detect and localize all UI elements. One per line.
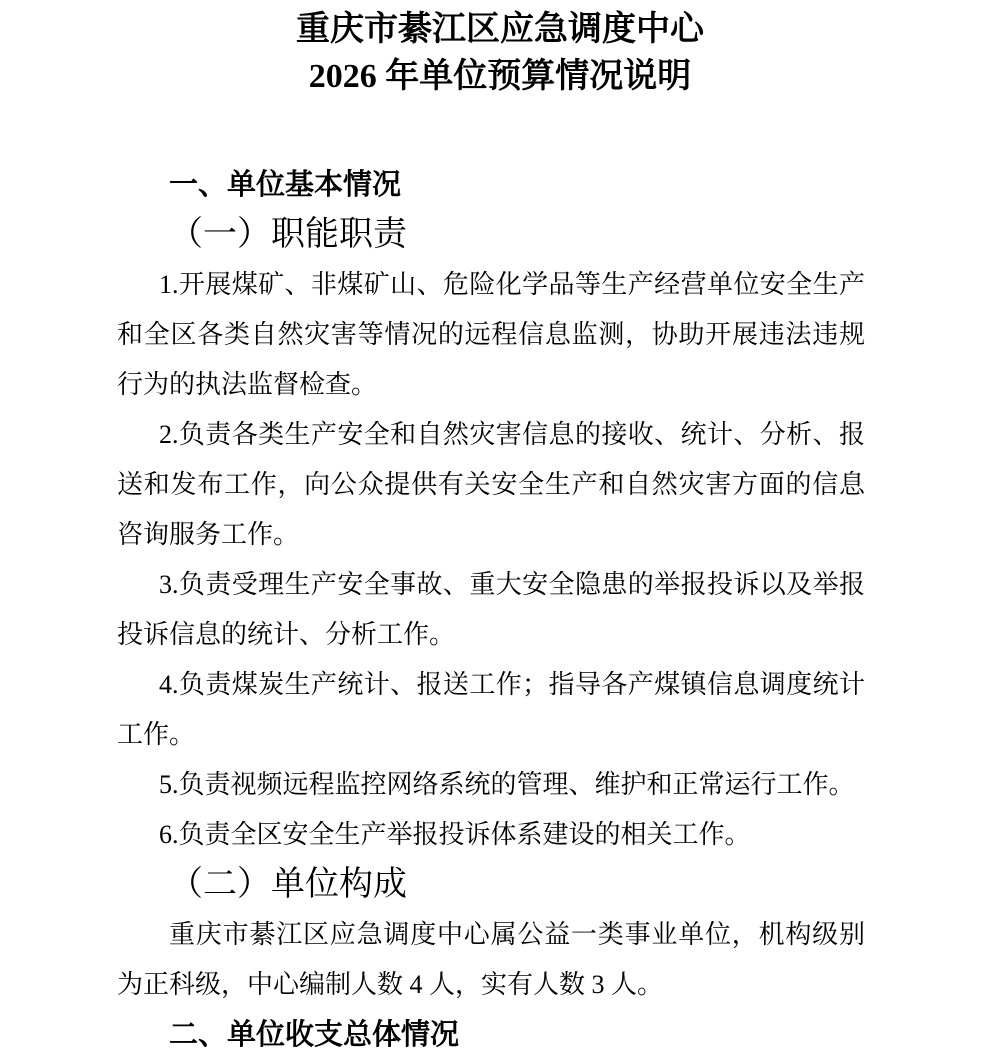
paragraph-1-line-3: 行为的执法监督检查。	[117, 360, 865, 410]
paragraph-7-line-2: 为正科级，中心编制人数 4 人，实有人数 3 人。	[117, 960, 865, 1010]
paragraph-6-line-1: 6.负责全区安全生产举报投诉体系建设的相关工作。	[117, 810, 865, 860]
paragraph-5-line-1: 5.负责视频远程监控网络系统的管理、维护和正常运行工作。	[117, 760, 865, 810]
paragraph-3-line-2: 投诉信息的统计、分析工作。	[117, 610, 865, 660]
section-heading-basic-info: 一、单位基本情况	[117, 160, 865, 210]
paragraph-1-line-2: 和全区各类自然灾害等情况的远程信息监测，协助开展违法违规	[117, 310, 865, 360]
document-page: 重庆市綦江区应急调度中心 2026 年单位预算情况说明 一、单位基本情况 （一）…	[0, 0, 1000, 1063]
paragraph-7-line-1: 重庆市綦江区应急调度中心属公益一类事业单位，机构级别	[117, 910, 865, 960]
document-title: 重庆市綦江区应急调度中心 2026 年单位预算情况说明	[0, 6, 1000, 100]
paragraph-2-line-2: 送和发布工作，向公众提供有关安全生产和自然灾害方面的信息	[117, 460, 865, 510]
paragraph-4-line-1: 4.负责煤炭生产统计、报送工作；指导各产煤镇信息调度统计	[117, 660, 865, 710]
paragraph-3-line-1: 3.负责受理生产安全事故、重大安全隐患的举报投诉以及举报	[117, 560, 865, 610]
section-heading-revenue-expenditure: 二、单位收支总体情况	[117, 1010, 865, 1060]
paragraph-2-line-1: 2.负责各类生产安全和自然灾害信息的接收、统计、分析、报	[117, 410, 865, 460]
subsection-heading-composition: （二）单位构成	[117, 860, 865, 910]
paragraph-2-line-3: 咨询服务工作。	[117, 510, 865, 560]
title-line-1: 重庆市綦江区应急调度中心	[0, 6, 1000, 53]
paragraph-4-line-2: 工作。	[117, 710, 865, 760]
subsection-heading-duties: （一）职能职责	[117, 210, 865, 260]
paragraph-1-line-1: 1.开展煤矿、非煤矿山、危险化学品等生产经营单位安全生产	[117, 260, 865, 310]
title-line-2: 2026 年单位预算情况说明	[0, 53, 1000, 100]
document-body: 一、单位基本情况 （一）职能职责 1.开展煤矿、非煤矿山、危险化学品等生产经营单…	[117, 160, 865, 1060]
